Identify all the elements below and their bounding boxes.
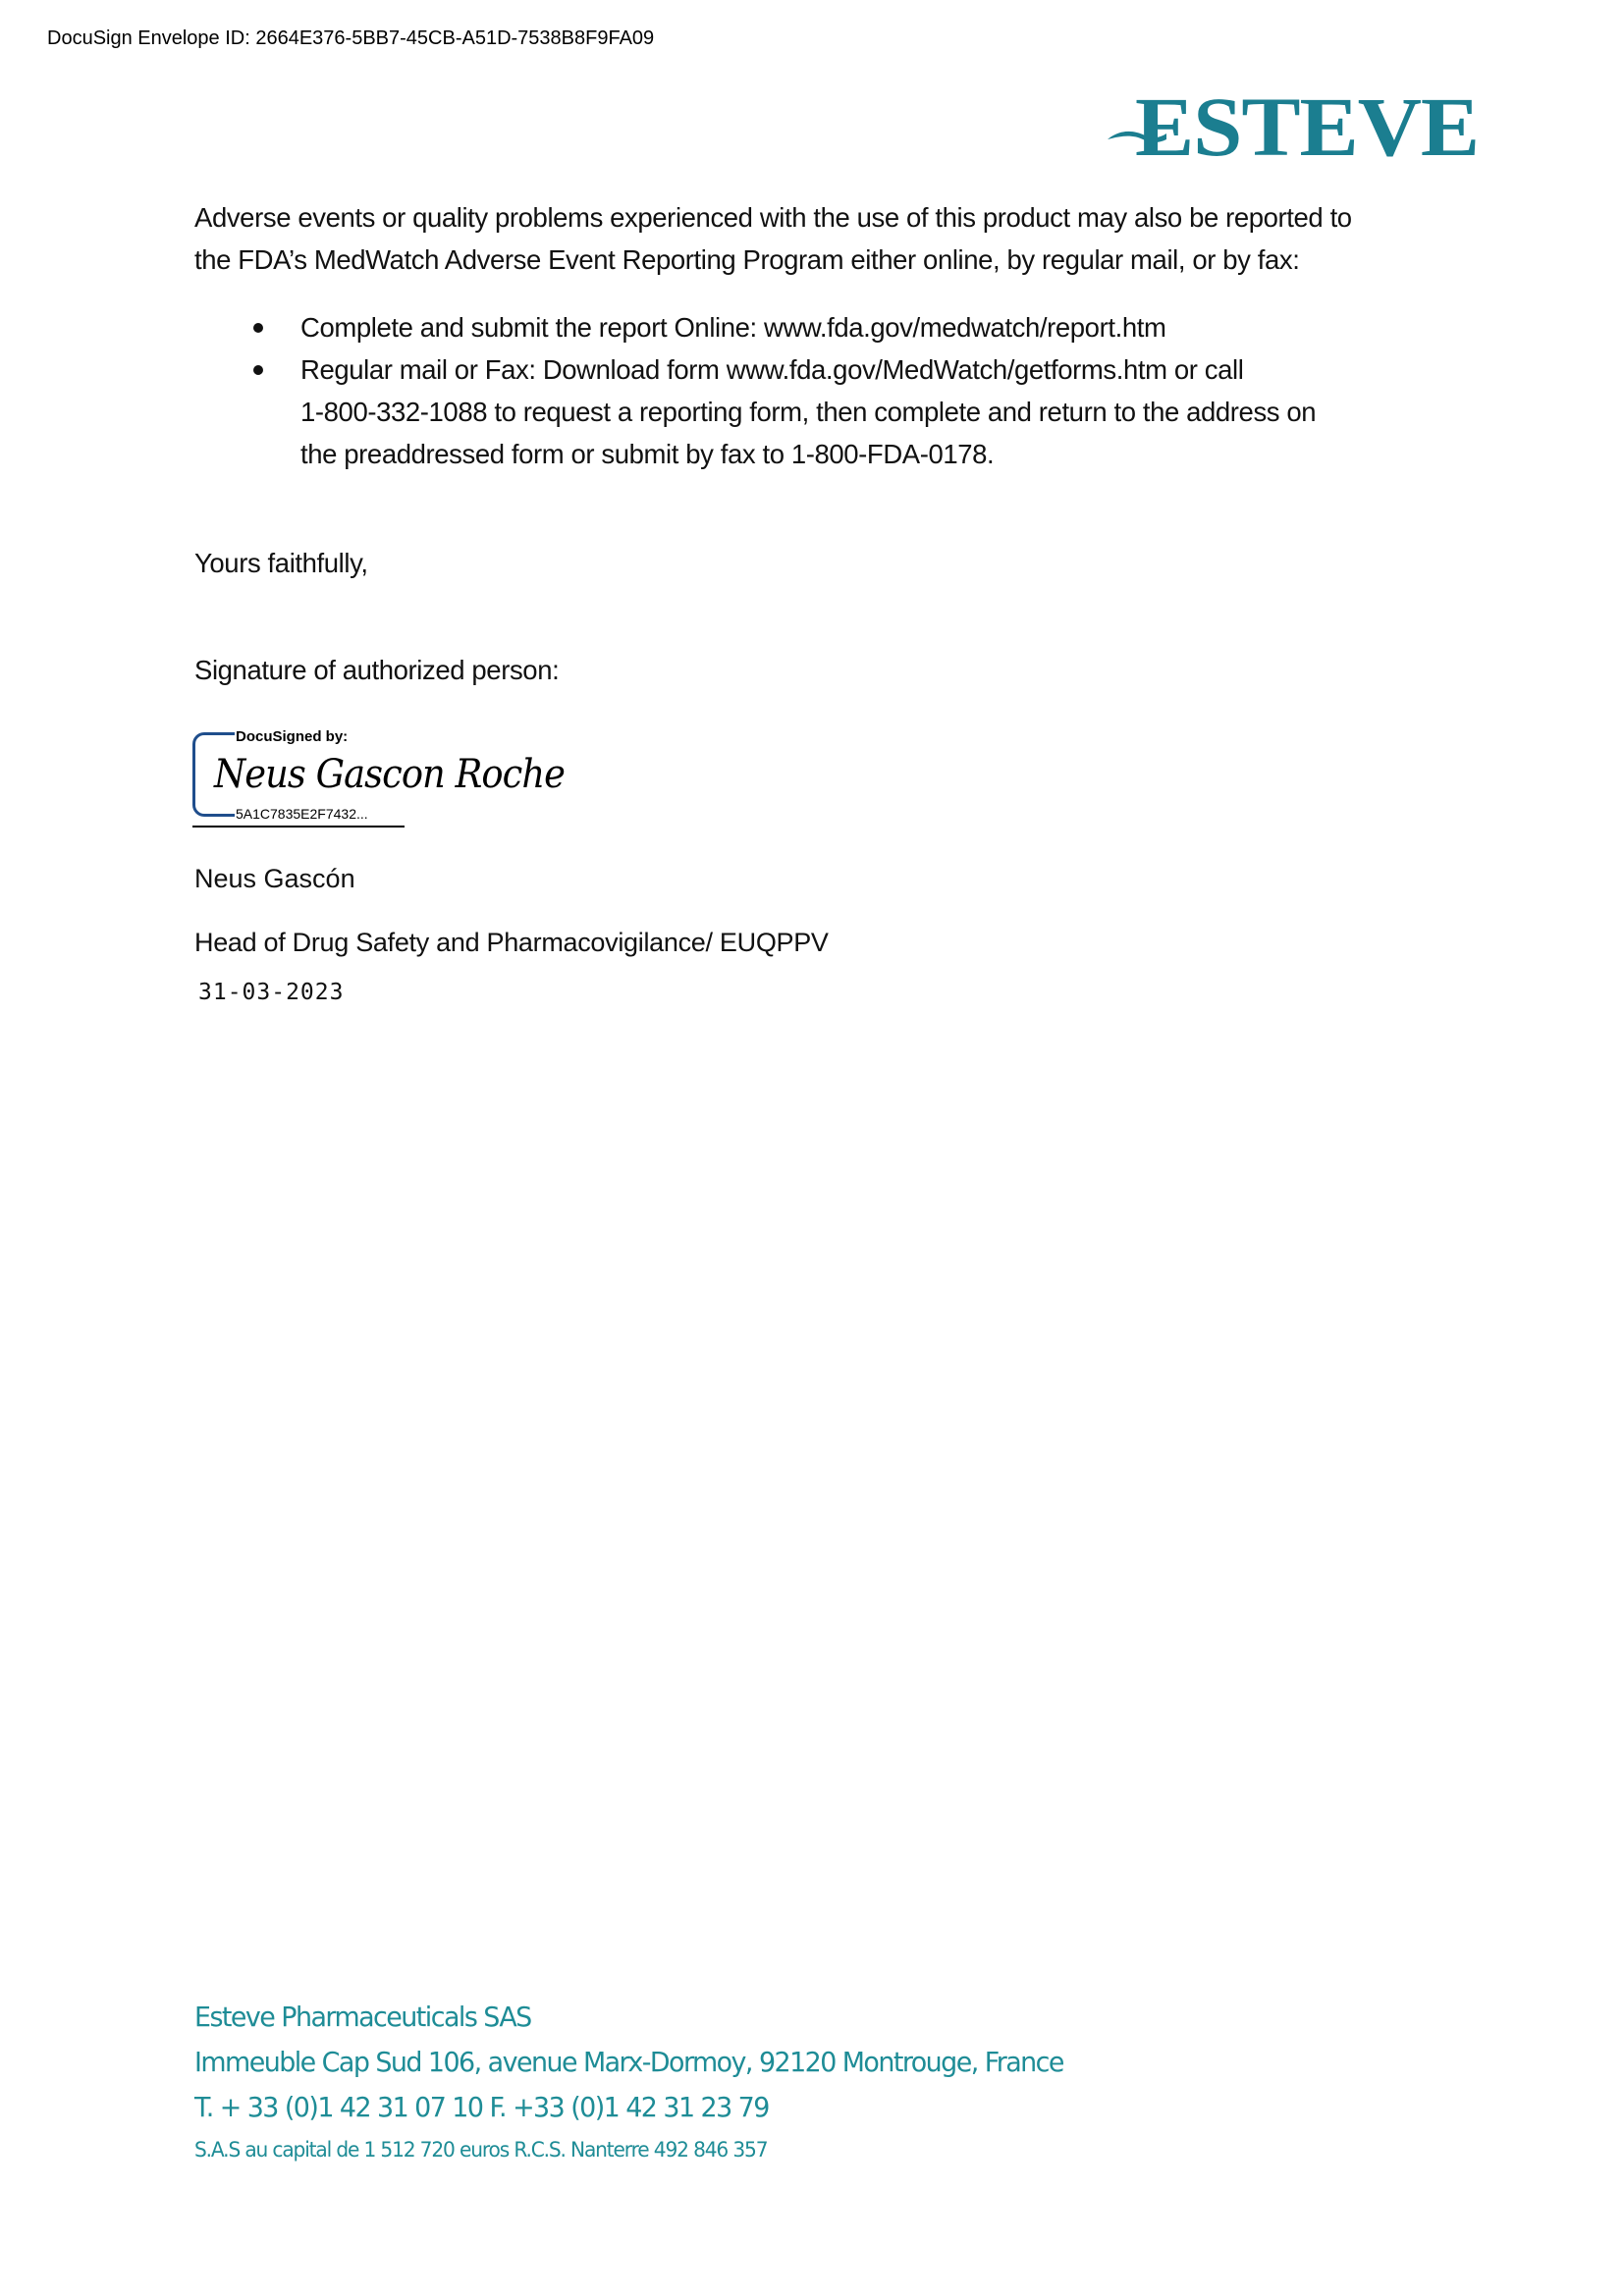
signature-underline — [192, 826, 405, 828]
intro-paragraph: Adverse events or quality problems exper… — [194, 196, 1352, 281]
bullet-icon — [253, 365, 263, 375]
esteve-logo: ESTEVE — [1108, 82, 1443, 171]
bullet-line: the preaddressed form or submit by fax t… — [300, 433, 1316, 475]
company-footer: Esteve Pharmaceuticals SAS Immeuble Cap … — [194, 1995, 1100, 2169]
list-item: Regular mail or Fax: Download form www.f… — [245, 348, 1316, 475]
paragraph-line: the FDA’s MedWatch Adverse Event Reporti… — [194, 239, 1352, 281]
handwritten-signature: Neus Gascon Roche — [214, 752, 565, 797]
docusign-signature-block: DocuSigned by: Neus Gascon Roche 5A1C783… — [192, 728, 487, 830]
docusign-envelope-id: DocuSign Envelope ID: 2664E376-5BB7-45CB… — [47, 27, 654, 50]
reporting-options-list: Complete and submit the report Online: w… — [245, 306, 1316, 475]
signer-title: Head of Drug Safety and Pharmacovigilanc… — [194, 928, 829, 958]
footer-address: Immeuble Cap Sud 106, avenue Marx-Dormoy… — [194, 2040, 1063, 2085]
signature-date: 31-03-2023 — [198, 980, 344, 1005]
bullet-icon — [253, 323, 263, 333]
signature-id: 5A1C7835E2F7432... — [236, 806, 368, 822]
closing-salutation: Yours faithfully, — [194, 548, 368, 579]
docusigned-by-label: DocuSigned by: — [236, 728, 348, 745]
footer-company: Esteve Pharmaceuticals SAS — [194, 1995, 1063, 2040]
bullet-line: 1-800-332-1088 to request a reporting fo… — [300, 391, 1316, 433]
bullet-line: Regular mail or Fax: Download form www.f… — [300, 348, 1316, 391]
footer-phone-fax: T. + 33 (0)1 42 31 07 10 F. +33 (0)1 42 … — [194, 2085, 1063, 2130]
list-item: Complete and submit the report Online: w… — [245, 306, 1316, 348]
bullet-line: Complete and submit the report Online: w… — [300, 306, 1316, 348]
signature-label: Signature of authorized person: — [194, 655, 559, 686]
logo-text: ESTEVE — [1135, 82, 1479, 171]
signer-name: Neus Gascón — [194, 864, 355, 894]
footer-legal: S.A.S au capital de 1 512 720 euros R.C.… — [194, 2130, 1063, 2169]
paragraph-line: Adverse events or quality problems exper… — [194, 196, 1352, 239]
